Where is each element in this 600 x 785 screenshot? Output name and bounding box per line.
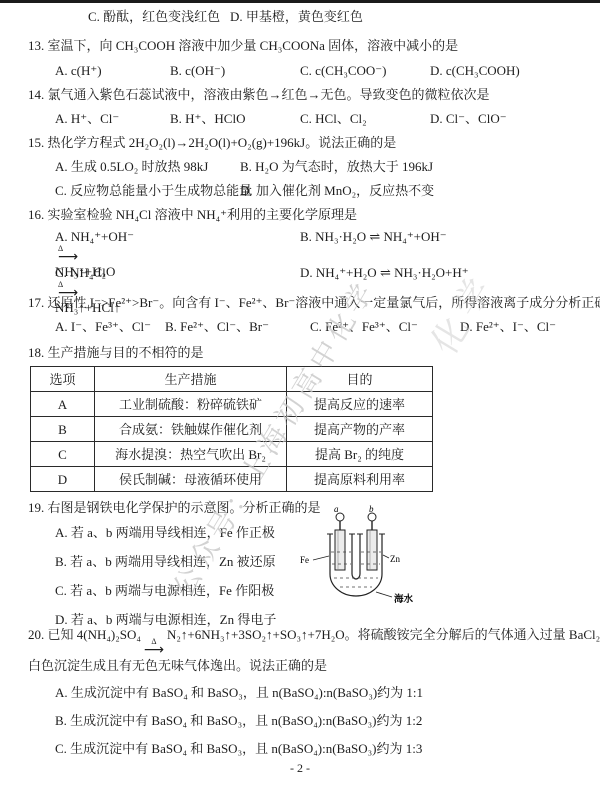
option-d: D. Cl⁻、ClO⁻ <box>430 110 507 127</box>
option-c: C. 若 a、b 两端与电源相连，Fe 作阳极 <box>55 582 274 599</box>
cell-option: A <box>31 392 95 417</box>
option-d: D. 加入催化剂 MnO₂，反应热不变 <box>240 182 434 199</box>
delta-symbol: Δ <box>58 281 297 288</box>
cell-measure: 合成氨：铁触媒作催化剂 <box>95 417 287 442</box>
zn-pointer-line <box>383 555 389 558</box>
terminal-a-label: a <box>334 504 339 514</box>
option-a: A. I⁻、Fe³⁺、Cl⁻ <box>55 318 165 335</box>
option-b: B. H₂O 为气态时，放热大于 196kJ <box>240 158 433 175</box>
option-c: C. Fe²⁺、Fe³⁺、Cl⁻ <box>310 318 460 335</box>
table-row: A 工业制硫酸：粉碎硫铁矿 提高反应的速率 <box>31 392 433 417</box>
option-d: D. Fe²⁺、I⁻、Cl⁻ <box>460 318 556 335</box>
cell-measure: 侯氏制碱：母液循环使用 <box>95 467 287 492</box>
option-a: A. 若 a、b 两端用导线相连，Fe 作正极 <box>55 524 275 541</box>
table-row: C 海水提溴：热空气吹出 Br₂ 提高 Br₂ 的纯度 <box>31 442 433 467</box>
option-b: B. Fe²⁺、Cl⁻、Br⁻ <box>165 318 310 335</box>
arrow-symbol: ⟶ <box>144 645 164 656</box>
cell-purpose: 提高 Br₂ 的纯度 <box>287 442 433 467</box>
terminal-a-icon <box>336 513 344 521</box>
seawater-label: 海水 <box>394 593 414 605</box>
page-number: - 2 - <box>0 760 600 777</box>
table-row: D 侯氏制碱：母液循环使用 提高原料利用率 <box>31 467 433 492</box>
question-20-stem-line2: 白色沉淀生成且有无色无味气体逸出。说法正确的是 <box>28 657 327 674</box>
table-header-row: 选项 生产措施 目的 <box>31 367 433 392</box>
cell-option: B <box>31 417 95 442</box>
question-12-options: C. 酚酞，红色变浅红色 D. 甲基橙，黄色变红色 <box>88 8 363 25</box>
delta-arrow-icon: Δ⟶ <box>144 638 164 656</box>
question-17-options: A. I⁻、Fe³⁺、Cl⁻ B. Fe²⁺、Cl⁻、Br⁻ C. Fe²⁺、F… <box>55 318 556 335</box>
question-18-stem: 18. 生产措施与目的不相符的是 <box>28 344 204 361</box>
question-14-options: A. H⁺、Cl⁻ B. H⁺、HClO C. HCl、Cl₂ D. Cl⁻、C… <box>55 110 507 127</box>
table-row: B 合成氨：铁触媒作催化剂 提高产物的产率 <box>31 417 433 442</box>
header-option: 选项 <box>31 367 95 392</box>
option-b: B. 生成沉淀中有 BaSO₄ 和 BaSO₃，且 n(BaSO₄):n(BaS… <box>55 712 422 729</box>
cell-option: C <box>31 442 95 467</box>
arrow-symbol: ⟶ <box>58 252 297 263</box>
header-measure: 生产措施 <box>95 367 287 392</box>
zn-label: Zn <box>390 554 400 564</box>
header-purpose: 目的 <box>287 367 433 392</box>
page-top-rule <box>0 0 600 3</box>
option-b: B. H⁺、HClO <box>170 110 300 127</box>
question-13-stem: 13. 室温下，向 CH₃COOH 溶液中加少量 CH₃COONa 固体，溶液中… <box>28 37 458 54</box>
question-20-stem-line1: 20. 已知 4(NH₄)₂SO₄Δ⟶N₂↑+6NH₃↑+3SO₂↑+SO₃↑+… <box>28 626 600 656</box>
cell-purpose: 提高反应的速率 <box>287 392 433 417</box>
equation-left: C. NH₄Cl <box>55 264 300 281</box>
question-17-stem: 17. 还原性 I⁻>Fe²⁺>Br⁻。向含有 I⁻、Fe²⁺、Br⁻溶液中通入… <box>28 294 600 311</box>
cell-purpose: 提高产物的产率 <box>287 417 433 442</box>
option-c: C. 生成沉淀中有 BaSO₄ 和 BaSO₃，且 n(BaSO₄):n(BaS… <box>55 740 422 757</box>
option-c: C. 酚酞，红色变浅红色 <box>88 8 230 25</box>
option-d: D. c(CH₃COOH) <box>430 62 520 79</box>
delta-symbol: Δ <box>58 245 297 252</box>
equation-right: N₂↑+6NH₃↑+3SO₂↑+SO₃↑+7H₂O。将硫酸铵完全分解后的气体通入… <box>167 627 600 642</box>
electrochemical-protection-diagram: a b Fe Zn 海水 <box>268 502 450 610</box>
seawater-pointer-line <box>376 592 392 597</box>
option-a: A. H⁺、Cl⁻ <box>55 110 170 127</box>
equation-left: 20. 已知 4(NH₄)₂SO₄ <box>28 627 141 642</box>
question-16-stem: 16. 实验室检验 NH₄Cl 溶液中 NH₄⁺利用的主要化学原理是 <box>28 206 357 223</box>
option-a: A. 生成沉淀中有 BaSO₄ 和 BaSO₃，且 n(BaSO₄):n(BaS… <box>55 684 423 701</box>
question-15-options-cd: C. 反应物总能量小于生成物总能量 D. 加入催化剂 MnO₂，反应热不变 <box>55 182 434 199</box>
delta-arrow-icon: Δ⟶ <box>58 245 297 263</box>
option-d: D. 甲基橙，黄色变红色 <box>230 8 363 25</box>
question-13-options: A. c(H⁺) B. c(OH⁻) C. c(CH₃COO⁻) D. c(CH… <box>55 62 520 79</box>
option-c: C. HCl、Cl₂ <box>300 110 430 127</box>
question-15-options-ab: A. 生成 0.5LO₂ 时放热 98kJ B. H₂O 为气态时，放热大于 1… <box>55 158 433 175</box>
cell-measure: 海水提溴：热空气吹出 Br₂ <box>95 442 287 467</box>
terminal-b-icon <box>368 513 376 521</box>
terminal-b-label: b <box>369 504 374 514</box>
option-a: A. c(H⁺) <box>55 62 170 79</box>
option-a: A. 生成 0.5LO₂ 时放热 98kJ <box>55 158 240 175</box>
question-18-table: 选项 生产措施 目的 A 工业制硫酸：粉碎硫铁矿 提高反应的速率 B 合成氨：铁… <box>30 366 433 492</box>
u-tube-inner-wall <box>352 534 360 579</box>
option-c: C. 反应物总能量小于生成物总能量 <box>55 182 240 199</box>
question-14-stem: 14. 氯气通入紫色石蕊试液中，溶液由紫色→红色→无色。导致变色的微粒依次是 <box>28 86 490 103</box>
cell-measure: 工业制硫酸：粉碎硫铁矿 <box>95 392 287 417</box>
fe-label: Fe <box>300 555 309 565</box>
question-15-stem: 15. 热化学方程式 2H₂O₂(l)→2H₂O(l)+O₂(g)+196kJ。… <box>28 134 396 151</box>
fe-pointer-line <box>313 556 329 560</box>
cell-purpose: 提高原料利用率 <box>287 467 433 492</box>
option-b: B. c(OH⁻) <box>170 62 300 79</box>
equation-left: A. NH₄⁺+OH⁻ <box>55 228 300 245</box>
option-c: C. c(CH₃COO⁻) <box>300 62 430 79</box>
option-b: B. 若 a、b 两端用导线相连，Zn 被还原 <box>55 553 276 570</box>
cell-option: D <box>31 467 95 492</box>
